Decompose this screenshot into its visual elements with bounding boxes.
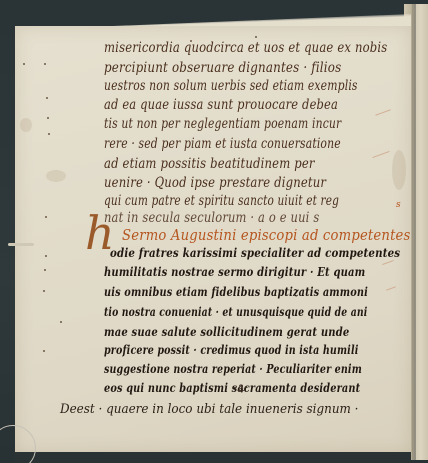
- pricking-mark: [46, 97, 48, 99]
- text-line: tis ut non per neglegentiam poenam incur: [104, 116, 341, 132]
- text-line: ad ea quae iussa sunt prouocare debea: [104, 97, 338, 113]
- stain: [20, 118, 32, 132]
- text-line: ad etiam possitis beatitudinem per: [104, 156, 315, 172]
- pricking-mark: [60, 321, 62, 323]
- text-line: uestros non solum uerbis sed etiam exemp…: [104, 78, 358, 94]
- rubric-title: Sermo Augustini episcopi ad competentes: [122, 226, 411, 244]
- text-line: mae suae salute sollicitudinem gerat und…: [104, 324, 349, 339]
- text-line: qui cum patre et spiritu sancto uiuit et…: [104, 193, 339, 209]
- pricking-mark: [43, 290, 45, 292]
- decorated-initial: h: [85, 210, 115, 256]
- text-line: proficere possit · credimus quod in ista…: [104, 342, 358, 357]
- stain: [392, 150, 406, 190]
- pricking-mark: [23, 63, 25, 65]
- text-line: uenire · Quod ipse prestare dignetur: [104, 175, 326, 191]
- bottom-shadow: [15, 452, 411, 463]
- pricking-mark: [255, 36, 257, 38]
- marginal-numeral: s: [396, 200, 401, 210]
- pricking-mark: [43, 350, 45, 352]
- sewing-thread: [8, 243, 34, 246]
- text-line: odie fratres karissimi specialiter ad co…: [110, 245, 400, 260]
- paragraph-mark: -ꝝ-: [233, 378, 248, 395]
- pricking-mark: [45, 216, 47, 218]
- pricking-mark: [44, 269, 46, 271]
- text-line: misericordia quodcirca et uos et quae ex…: [104, 40, 387, 56]
- pricking-mark: [48, 133, 50, 135]
- text-line: nat in secula seculorum · a o e uui s: [104, 210, 319, 226]
- stain: [46, 170, 66, 182]
- gutter-fold-line: [414, 4, 416, 460]
- marginal-note: Deest · quaere in loco ubi tale inueneri…: [60, 402, 358, 417]
- pricking-mark: [45, 255, 47, 257]
- text-line: tio nostra conueniat · et unusquisque qu…: [104, 304, 367, 319]
- pricking-mark: [44, 63, 46, 65]
- text-line: suggestione nostra reperiat · Peculiarit…: [104, 361, 362, 376]
- text-line: percipiunt obseruare dignantes · filios: [104, 60, 341, 76]
- text-line: humilitatis nostrae sermo dirigitur · Et…: [104, 264, 365, 279]
- text-line: uis omnibus etiam fidelibus baptizatis a…: [104, 284, 368, 299]
- pricking-mark: [47, 117, 49, 119]
- text-line: rere · sed per piam et iusta conuersatio…: [104, 136, 341, 152]
